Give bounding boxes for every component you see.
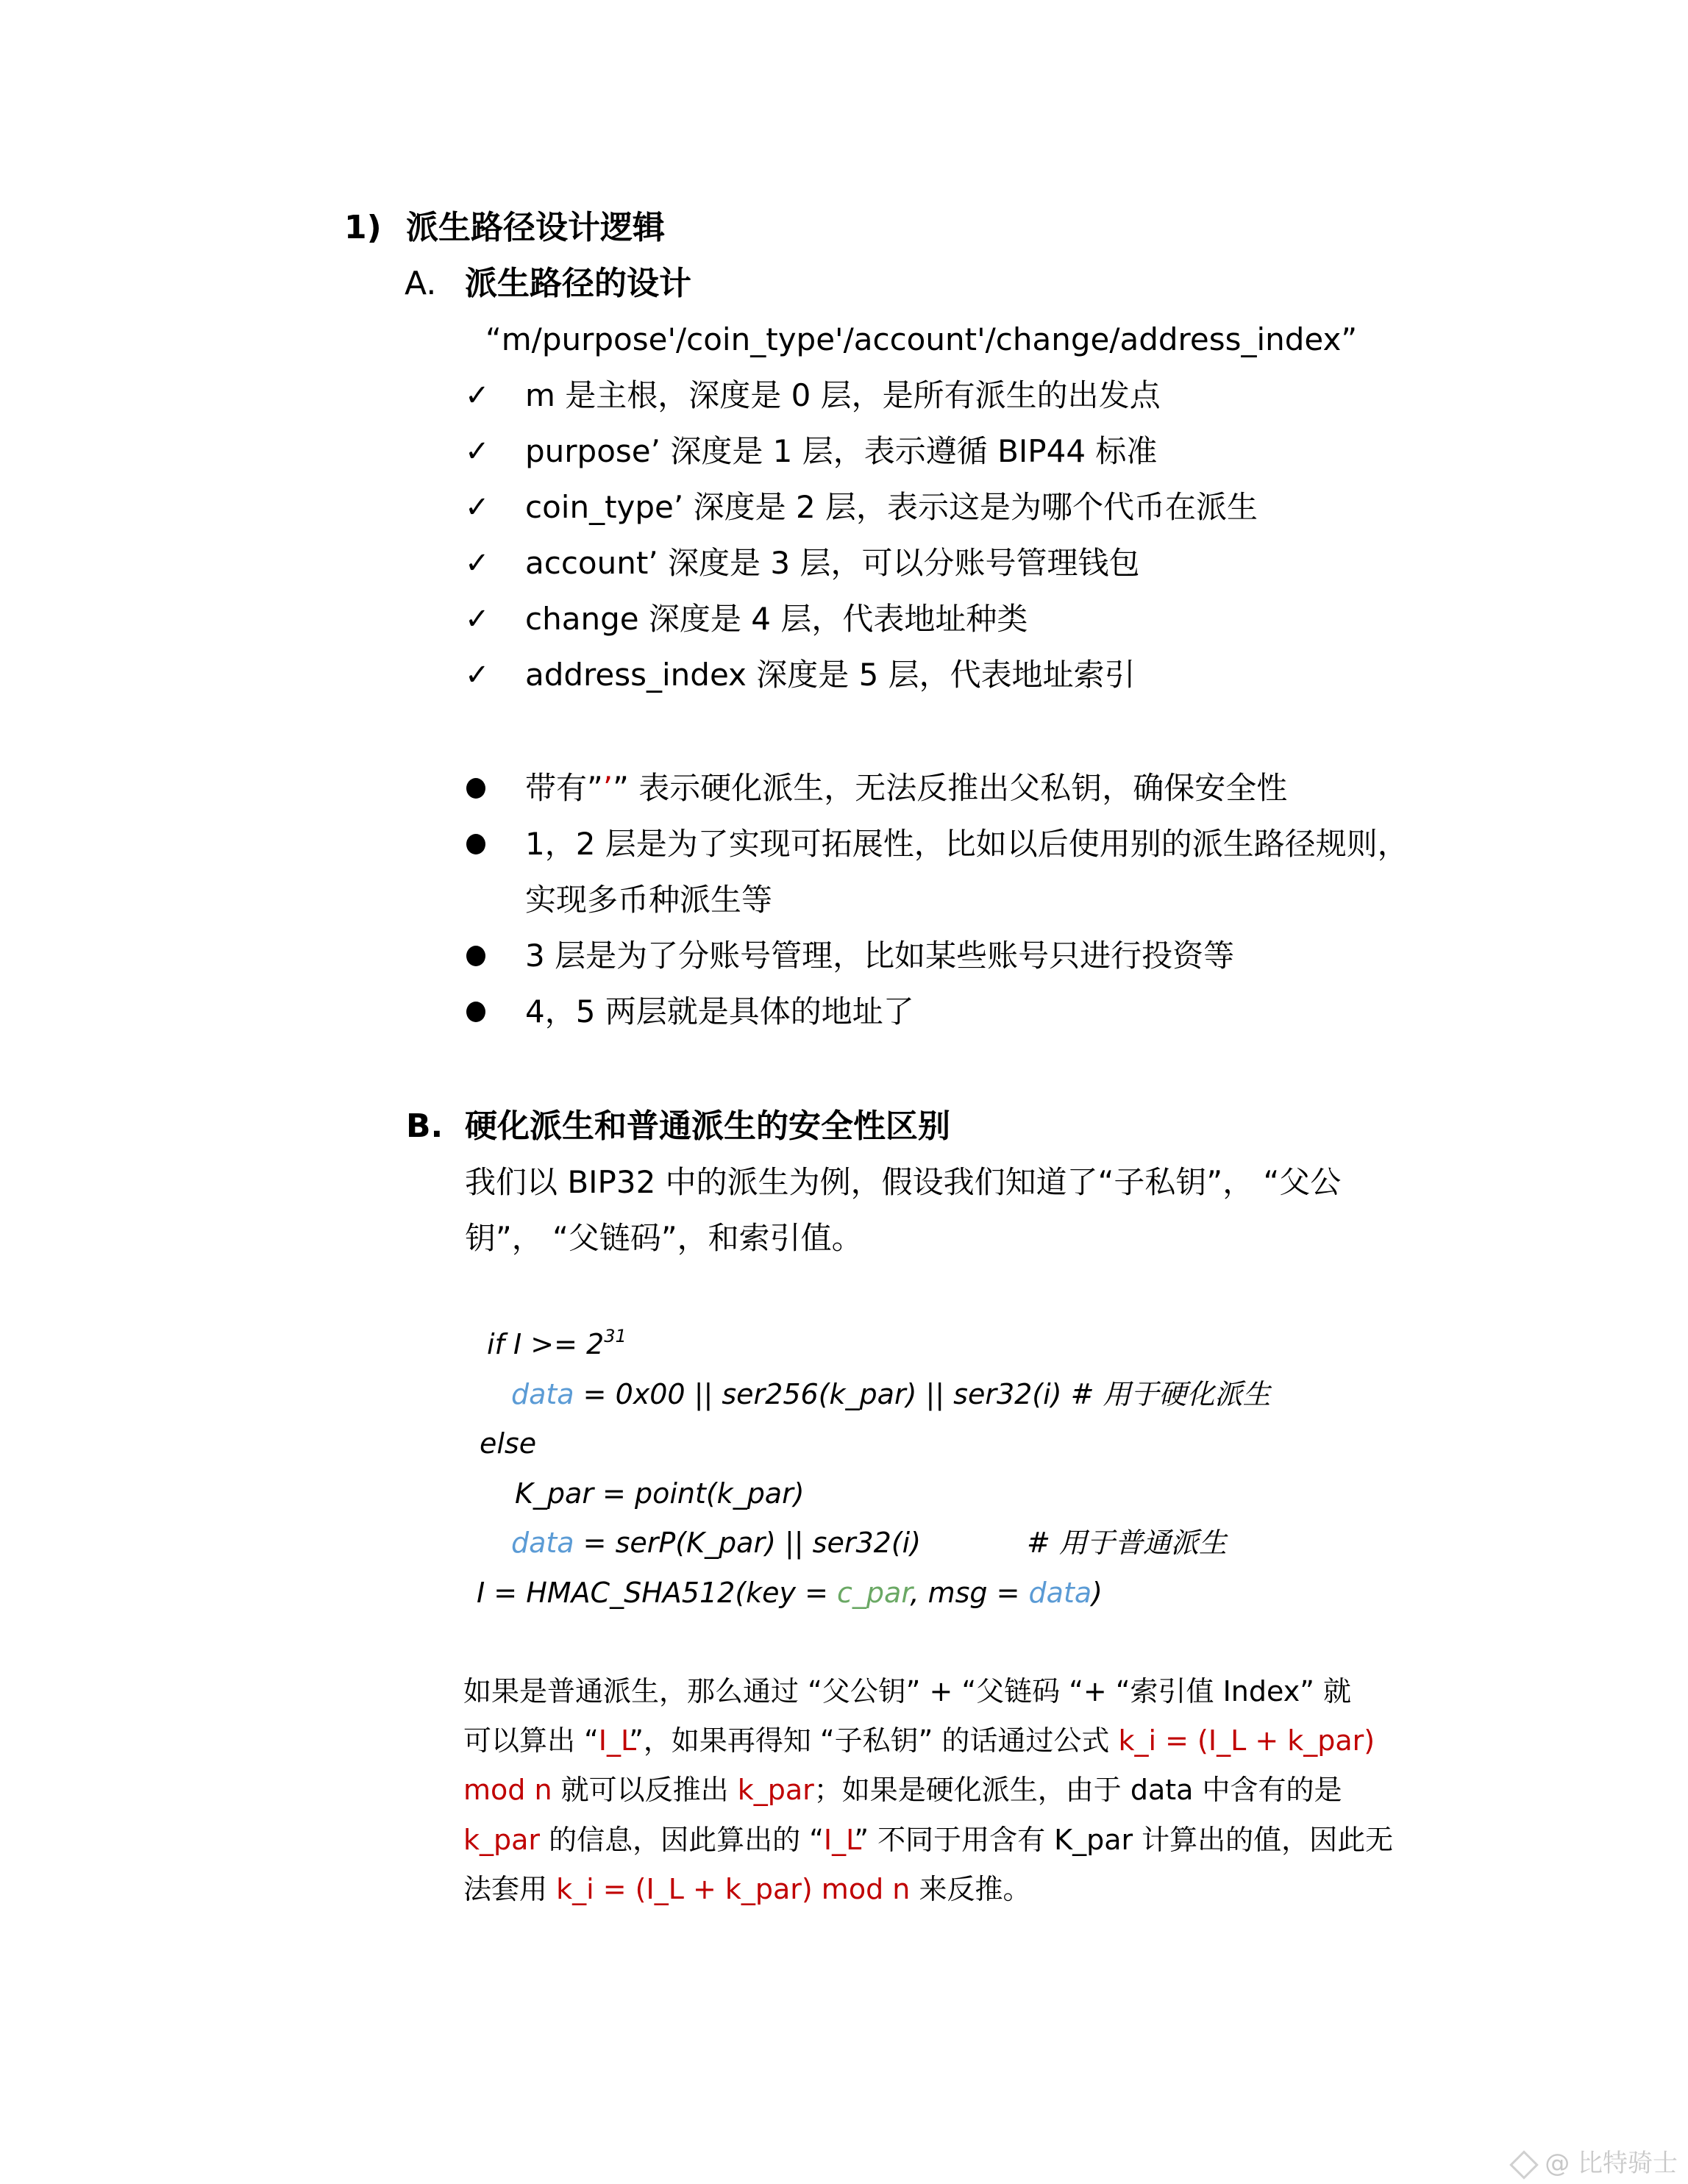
intro-line-2: 钥”， “父链码”，和索引值。 bbox=[465, 1218, 863, 1259]
para-line: 如果是普通派生，那么通过 “父公钥” + “父链码 “+ “索引值 Index”… bbox=[463, 1673, 1351, 1710]
formula-highlight: k_par bbox=[738, 1774, 814, 1806]
code-variable: data bbox=[511, 1378, 574, 1410]
subsection-a-title: 派生路径的设计 bbox=[465, 263, 691, 304]
bullet-icon bbox=[466, 1002, 485, 1022]
check-item-text: coin_type’ 深度是 2 层，表示这是为哪个代币在派生 bbox=[525, 487, 1258, 528]
checkmark-icon: ✓ bbox=[465, 599, 490, 640]
bullet-item: 1，2 层是为了实现可拓展性，比如以后使用别的派生路径规则， bbox=[525, 824, 1409, 865]
subsection-b-title: 硬化派生和普通派生的安全性区别 bbox=[465, 1106, 950, 1147]
checkmark-icon: ✓ bbox=[465, 543, 490, 584]
para-text: ” 不同于用含有 K_par 计算出的值，因此无 bbox=[854, 1824, 1393, 1856]
bullet-icon bbox=[466, 778, 485, 799]
hardened-mark: ’ bbox=[603, 770, 613, 806]
code-comment: # 用于普通派生 bbox=[1027, 1524, 1227, 1561]
code-text: I = HMAC_SHA512(key = bbox=[477, 1577, 837, 1609]
code-line: I = HMAC_SHA512(key = c_par, msg = data) bbox=[477, 1574, 1103, 1611]
bullet-item-continuation: 实现多币种派生等 bbox=[525, 879, 772, 921]
section-number: 1) bbox=[344, 207, 382, 249]
bullet-item: 4，5 两层就是具体的地址了 bbox=[525, 991, 914, 1032]
para-text: 来反推。 bbox=[910, 1873, 1030, 1905]
formula-highlight: I_L bbox=[824, 1824, 854, 1856]
code-line: else bbox=[480, 1425, 536, 1462]
para-line: mod n 就可以反推出 k_par；如果是硬化派生，由于 data 中含有的是 bbox=[463, 1771, 1342, 1808]
formula-highlight: k_par bbox=[463, 1824, 540, 1856]
subsection-a-title-text: 派生路径的设计 bbox=[465, 265, 691, 302]
binance-logo-icon bbox=[1509, 2150, 1539, 2180]
code-text: , msg = bbox=[910, 1577, 1028, 1609]
code-text: ) bbox=[1091, 1577, 1103, 1609]
para-text: 法套用 bbox=[463, 1873, 556, 1905]
exponent: 31 bbox=[604, 1326, 627, 1346]
code-line: data = 0x00 || ser256(k_par) || ser32(i)… bbox=[511, 1376, 1271, 1413]
code-text: = serP(K_par) || ser32(i) bbox=[574, 1527, 921, 1559]
checkmark-icon: ✓ bbox=[465, 431, 490, 472]
watermark-text: @ 比特骑士 bbox=[1545, 2149, 1678, 2178]
derivation-path: “m/purpose'/coin_type'/account'/change/a… bbox=[485, 319, 1357, 360]
bullet-icon bbox=[466, 946, 485, 966]
intro-line-1: 我们以 BIP32 中的派生为例，假设我们知道了“子私钥”， “父公 bbox=[465, 1162, 1341, 1203]
bullet-text: ” 表示硬化派生，无法反推出父私钥，确保安全性 bbox=[613, 770, 1287, 806]
check-item-text: address_index 深度是 5 层，代表地址索引 bbox=[525, 654, 1136, 696]
formula-highlight: k_i = (I_L + k_par) bbox=[1119, 1724, 1375, 1757]
section-title: 派生路径设计逻辑 bbox=[406, 207, 665, 249]
checkmark-icon: ✓ bbox=[465, 375, 490, 416]
bullet-text: 带有” bbox=[525, 770, 603, 806]
check-item-text: change 深度是 4 层，代表地址种类 bbox=[525, 599, 1028, 640]
para-line: 可以算出 “I_L”，如果再得知 “子私钥” 的话通过公式 k_i = (I_L… bbox=[463, 1722, 1375, 1759]
code-line: K_par = point(k_par) bbox=[515, 1475, 805, 1512]
para-text: 可以算出 “ bbox=[463, 1724, 599, 1757]
code-variable: data bbox=[511, 1527, 574, 1559]
subsection-b-title-text: 硬化派生和普通派生的安全性区别 bbox=[465, 1107, 950, 1145]
check-item-text: account’ 深度是 3 层，可以分账号管理钱包 bbox=[525, 543, 1139, 584]
code-line: data = serP(K_par) || ser32(i) bbox=[511, 1524, 921, 1561]
formula-highlight: I_L bbox=[599, 1724, 629, 1757]
formula-highlight: k_i = (I_L + k_par) mod n bbox=[556, 1873, 910, 1905]
code-text: if I >= 2 bbox=[487, 1328, 604, 1360]
checkmark-icon: ✓ bbox=[465, 487, 490, 528]
code-key: c_par bbox=[837, 1577, 910, 1609]
subsection-b-label: B. bbox=[406, 1106, 443, 1147]
para-text: ；如果是硬化派生，由于 data 中含有的是 bbox=[814, 1774, 1342, 1806]
para-line: 法套用 k_i = (I_L + k_par) mod n 来反推。 bbox=[463, 1871, 1030, 1908]
code-line: if I >= 231 bbox=[487, 1326, 627, 1363]
bullet-item: 带有”’” 表示硬化派生，无法反推出父私钥，确保安全性 bbox=[525, 768, 1287, 809]
subsection-a-label: A. bbox=[405, 263, 436, 304]
para-text: 就可以反推出 bbox=[552, 1774, 738, 1806]
para-text: ”，如果再得知 “子私钥” 的话通过公式 bbox=[629, 1724, 1118, 1757]
para-text: 的信息，因此算出的 “ bbox=[540, 1824, 824, 1856]
code-text: = 0x00 || ser256(k_par) || ser32(i) # 用于… bbox=[574, 1378, 1271, 1410]
para-line: k_par 的信息，因此算出的 “I_L” 不同于用含有 K_par 计算出的值… bbox=[463, 1821, 1393, 1858]
code-variable: data bbox=[1029, 1577, 1092, 1609]
checkmark-icon: ✓ bbox=[465, 654, 490, 696]
check-item-text: purpose’ 深度是 1 层，表示遵循 BIP44 标准 bbox=[525, 431, 1157, 472]
watermark: @ 比特骑士 bbox=[1514, 2149, 1678, 2178]
bullet-item: 3 层是为了分账号管理，比如某些账号只进行投资等 bbox=[525, 935, 1234, 977]
check-item-text: m 是主根，深度是 0 层，是所有派生的出发点 bbox=[525, 375, 1161, 416]
bullet-icon bbox=[466, 834, 485, 854]
formula-highlight: mod n bbox=[463, 1774, 552, 1806]
